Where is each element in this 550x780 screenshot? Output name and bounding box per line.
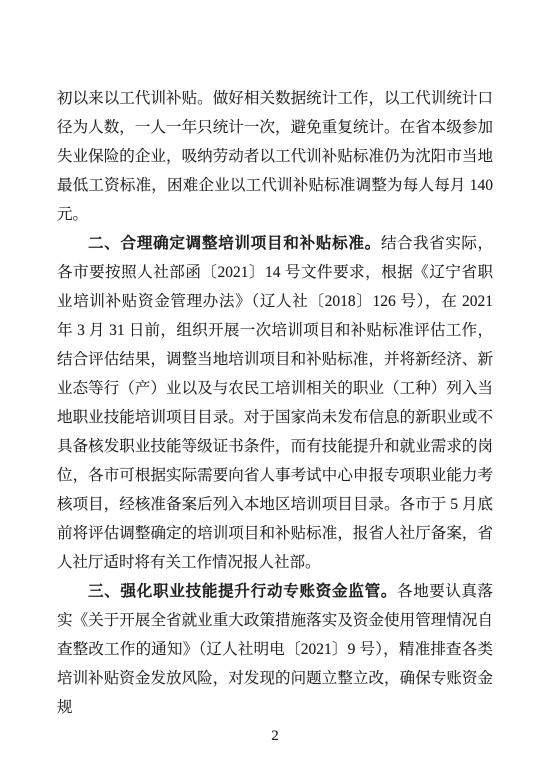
paragraph-text: 初以来以工代训补贴。做好相关数据统计工作，以工代训统计口径为人数，一人一年只统计… xyxy=(57,90,493,223)
paragraph-text: 结合我省实际，各市要按照人社部函〔2021〕14 号文件要求，根据《辽宁省职业培… xyxy=(57,235,493,571)
document-page: 初以来以工代训补贴。做好相关数据统计工作，以工代训统计口径为人数，一人一年只统计… xyxy=(0,0,550,780)
section-3-heading: 三、强化职业技能提升行动专账资金监管。 xyxy=(88,583,397,600)
section-2-heading: 二、合理确定调整培训项目和补贴标准。 xyxy=(88,235,381,252)
paragraph-continuation: 初以来以工代训补贴。做好相关数据统计工作，以工代训统计口径为人数，一人一年只统计… xyxy=(57,84,493,229)
document-body: 初以来以工代训补贴。做好相关数据统计工作，以工代训统计口径为人数，一人一年只统计… xyxy=(57,84,493,722)
paragraph-text: 各地要认真落实《关于开展全省就业重大政策措施落实及资金使用管理情况自查整改工作的… xyxy=(57,583,493,716)
page-number: 2 xyxy=(0,728,550,745)
paragraph-section-3: 三、强化职业技能提升行动专账资金监管。各地要认真落实《关于开展全省就业重大政策措… xyxy=(57,577,493,722)
paragraph-section-2: 二、合理确定调整培训项目和补贴标准。结合我省实际，各市要按照人社部函〔2021〕… xyxy=(57,229,493,577)
